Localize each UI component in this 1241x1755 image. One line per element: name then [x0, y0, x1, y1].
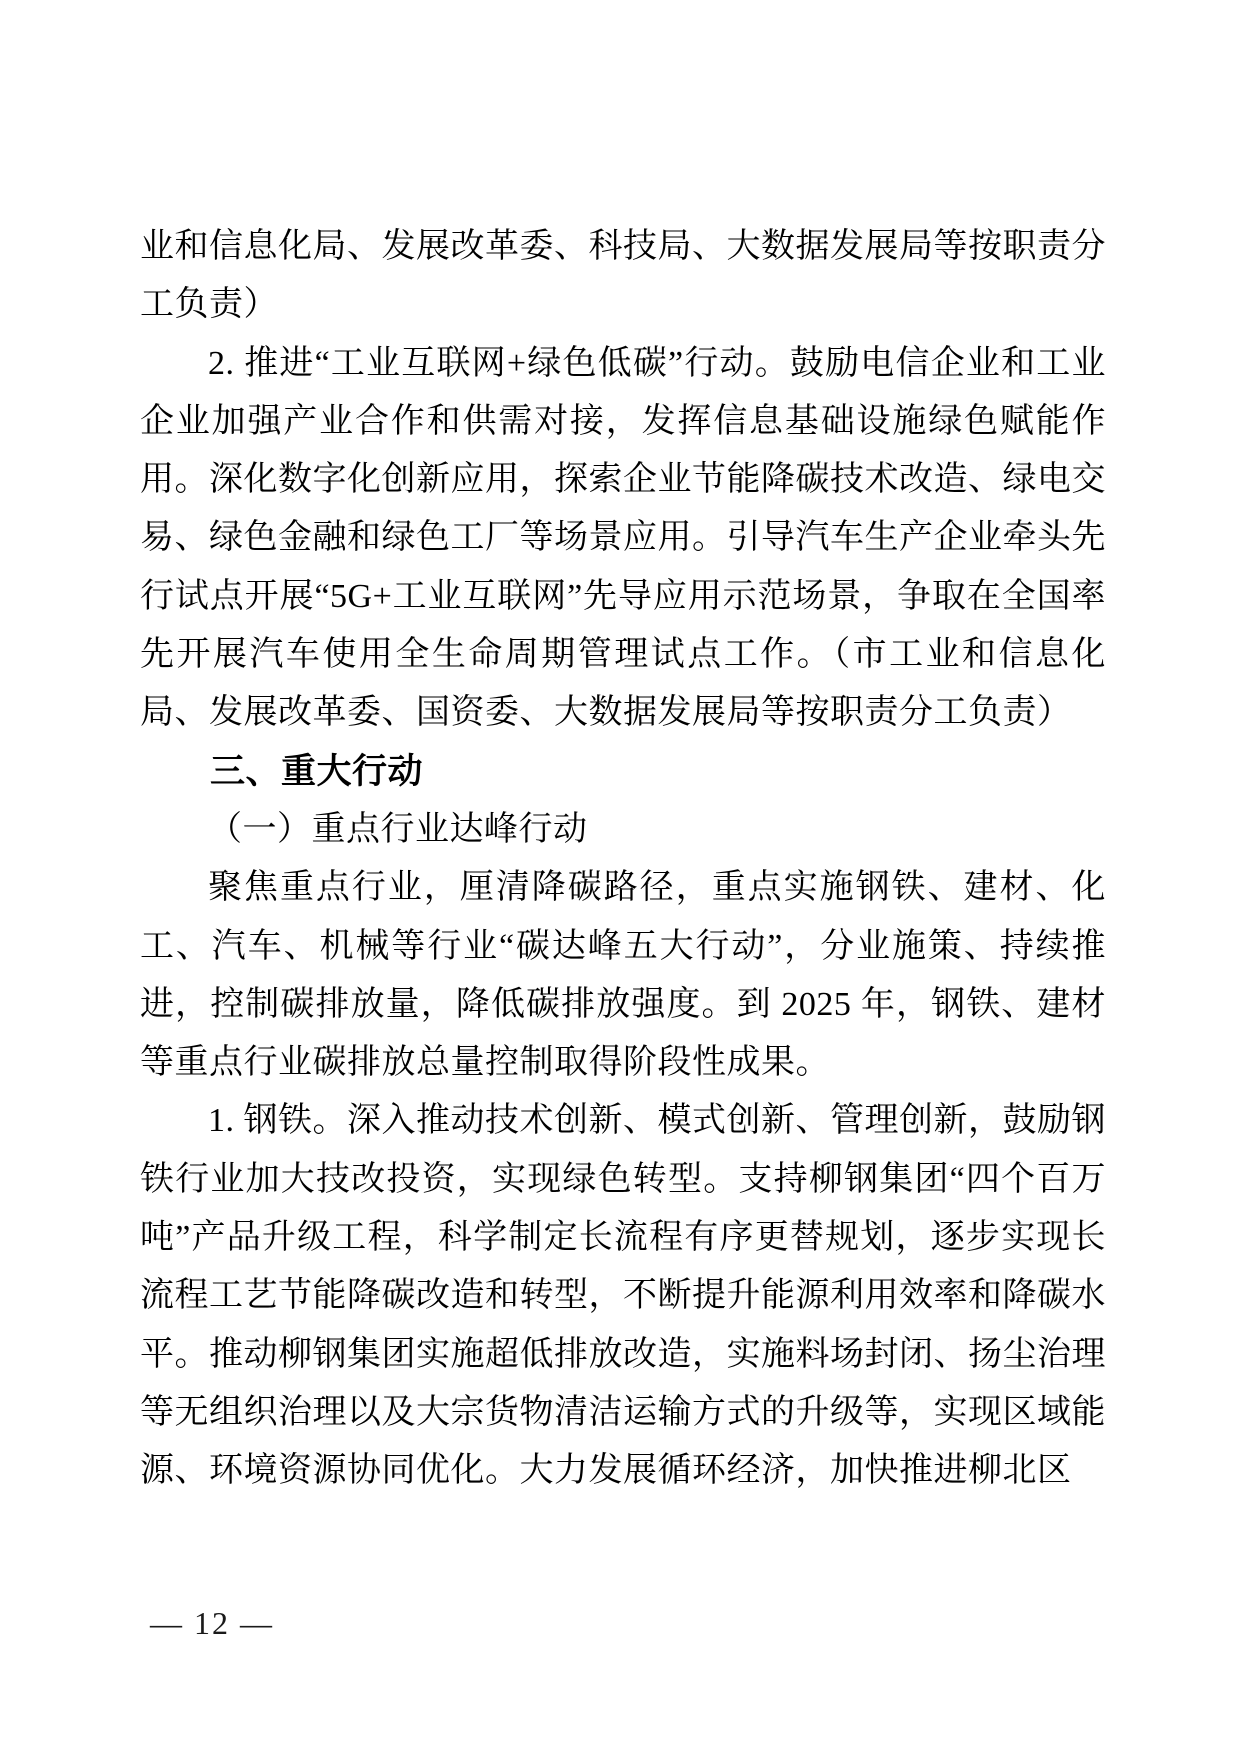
section-heading-major-actions: 三、重大行动	[140, 743, 1106, 801]
subsection-heading-key-industry-peak-action: （一）重点行业达峰行动	[140, 801, 1106, 859]
document-page: 业和信息化局、发展改革委、科技局、大数据发展局等按职责分工负责） 2. 推进“工…	[0, 0, 1241, 1755]
paragraph-key-industries: 聚焦重点行业，厘清降碳路径，重点实施钢铁、建材、化工、汽车、机械等行业“碳达峰五…	[140, 859, 1106, 1092]
document-body: 业和信息化局、发展改革委、科技局、大数据发展局等按职责分工负责） 2. 推进“工…	[140, 218, 1106, 1501]
paragraph-item-2: 2. 推进“工业互联网+绿色低碳”行动。鼓励电信企业和工业企业加强产业合作和供需…	[140, 335, 1106, 743]
paragraph-continued: 业和信息化局、发展改革委、科技局、大数据发展局等按职责分工负责）	[140, 218, 1106, 335]
paragraph-steel-industry: 1. 钢铁。深入推动技术创新、模式创新、管理创新，鼓励钢铁行业加大技改投资，实现…	[140, 1092, 1106, 1500]
page-number: — 12 —	[150, 1605, 274, 1642]
